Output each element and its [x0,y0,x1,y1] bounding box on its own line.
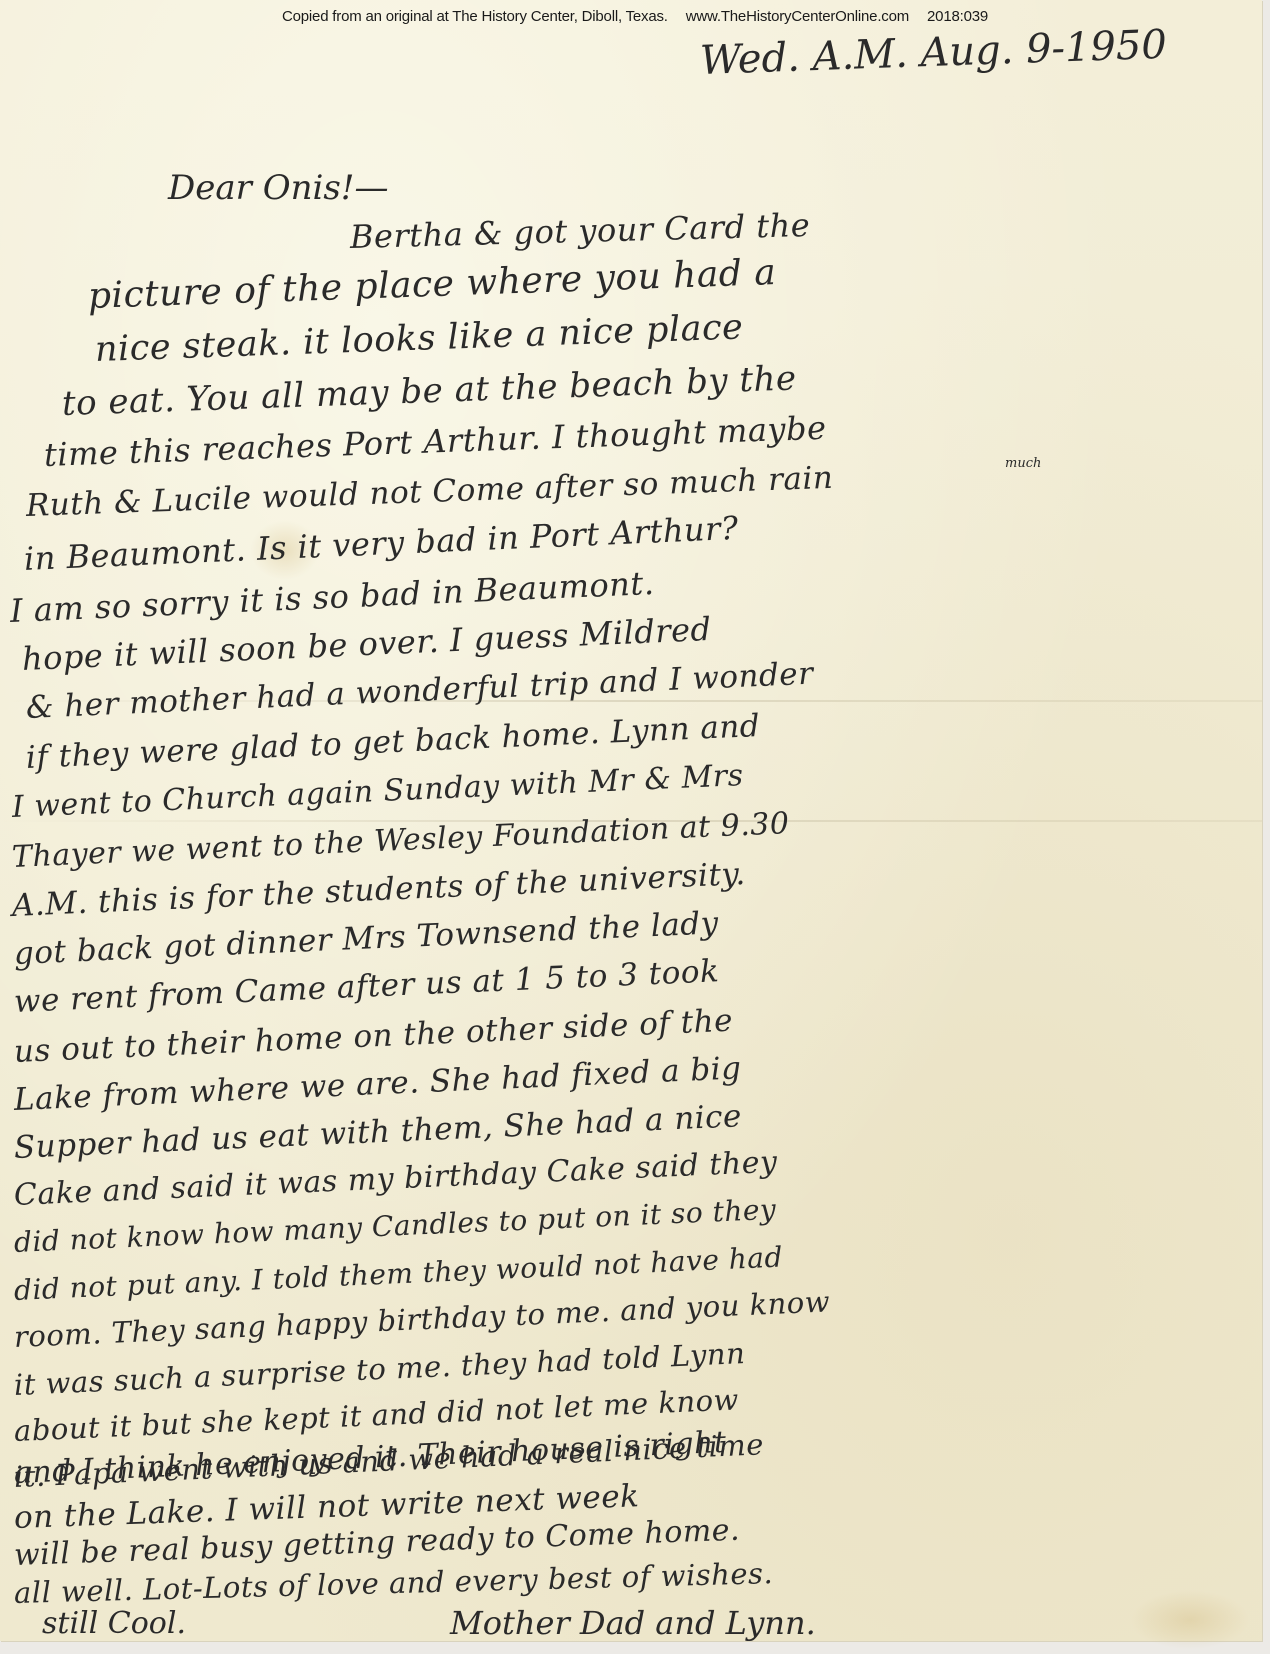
archive-accession: 2018:039 [927,8,988,25]
archive-header: Copied from an original at The History C… [0,8,1270,25]
paper-stain [1130,1590,1250,1650]
archive-website: www.TheHistoryCenterOnline.com [686,8,909,25]
interlinear-insert: much [1005,456,1041,471]
letter-signature: Mother Dad and Lynn. [450,1604,816,1642]
letter-salutation: Dear Onis!— [168,168,388,208]
letter-postscript: still Cool. [42,1606,186,1641]
archive-source: Copied from an original at The History C… [282,8,668,25]
